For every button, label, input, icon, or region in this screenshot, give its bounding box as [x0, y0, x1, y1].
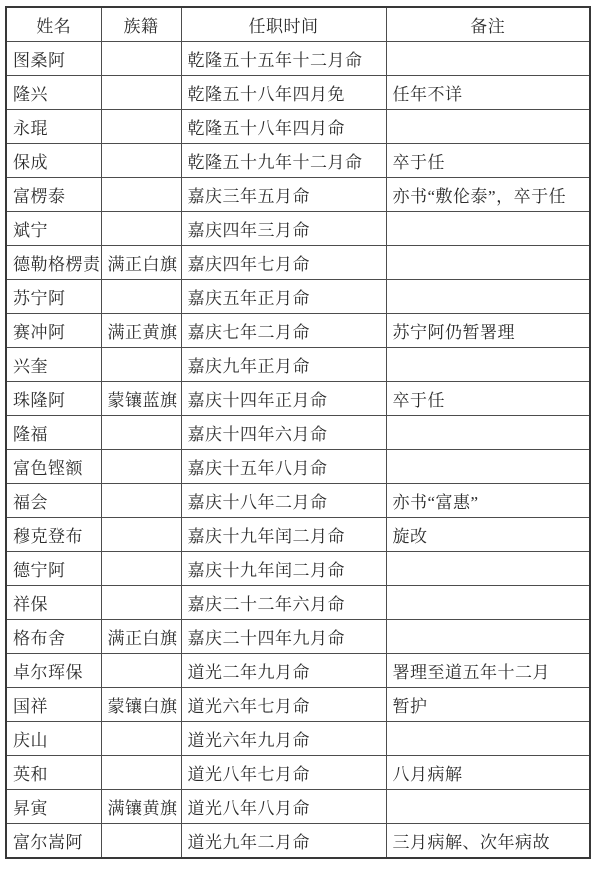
table-cell: 嘉庆十四年正月命: [181, 382, 386, 416]
table-cell: 嘉庆九年正月命: [181, 348, 386, 382]
table-cell: [386, 450, 590, 484]
table-cell: 亦书“敷伦泰”，卒于任: [386, 178, 590, 212]
table-cell: 乾隆五十八年四月免: [181, 76, 386, 110]
table-cell: 嘉庆二十二年六月命: [181, 586, 386, 620]
table-cell: 嘉庆十四年六月命: [181, 416, 386, 450]
table-cell: 嘉庆三年五月命: [181, 178, 386, 212]
table-cell: 任年不详: [386, 76, 590, 110]
table-cell: [101, 450, 181, 484]
table-cell: 昇寅: [6, 790, 101, 824]
header-remarks: 备注: [386, 7, 590, 42]
table-cell: 嘉庆十九年闰二月命: [181, 518, 386, 552]
table-cell: 卓尔珲保: [6, 654, 101, 688]
table-cell: 国祥: [6, 688, 101, 722]
table-cell: [101, 722, 181, 756]
header-row: 姓名 族籍 任职时间 备注: [6, 7, 590, 42]
table-row: 隆兴乾隆五十八年四月免任年不详: [6, 76, 590, 110]
table-row: 庆山道光六年九月命: [6, 722, 590, 756]
document-page: 姓名 族籍 任职时间 备注 图桑阿乾隆五十五年十二月命隆兴乾隆五十八年四月免任年…: [0, 0, 595, 871]
table-cell: [386, 212, 590, 246]
table-row: 图桑阿乾隆五十五年十二月命: [6, 42, 590, 76]
table-cell: [386, 790, 590, 824]
header-ethnic-banner: 族籍: [101, 7, 181, 42]
table-row: 富尔嵩阿道光九年二月命三月病解、次年病故: [6, 824, 590, 859]
table-cell: 道光六年九月命: [181, 722, 386, 756]
table-row: 格布舍满正白旗嘉庆二十四年九月命: [6, 620, 590, 654]
table-cell: 嘉庆十九年闰二月命: [181, 552, 386, 586]
table-cell: [101, 144, 181, 178]
header-name: 姓名: [6, 7, 101, 42]
table-cell: 隆兴: [6, 76, 101, 110]
table-cell: 道光二年九月命: [181, 654, 386, 688]
table-cell: [386, 586, 590, 620]
table-cell: 道光六年七月命: [181, 688, 386, 722]
table-cell: [101, 586, 181, 620]
table-cell: 永琨: [6, 110, 101, 144]
appointment-record-table: 姓名 族籍 任职时间 备注 图桑阿乾隆五十五年十二月命隆兴乾隆五十八年四月免任年…: [5, 6, 591, 859]
table-cell: [386, 620, 590, 654]
table-cell: 旋改: [386, 518, 590, 552]
table-row: 保成乾隆五十九年十二月命卒于任: [6, 144, 590, 178]
table-cell: 乾隆五十八年四月命: [181, 110, 386, 144]
table-cell: 英和: [6, 756, 101, 790]
table-row: 苏宁阿嘉庆五年正月命: [6, 280, 590, 314]
table-cell: [101, 178, 181, 212]
table-cell: 乾隆五十九年十二月命: [181, 144, 386, 178]
table-cell: 穆克登布: [6, 518, 101, 552]
table-cell: 赛冲阿: [6, 314, 101, 348]
table-cell: 满正白旗: [101, 246, 181, 280]
table-row: 国祥蒙镶白旗道光六年七月命暂护: [6, 688, 590, 722]
table-cell: 庆山: [6, 722, 101, 756]
table-cell: 卒于任: [386, 144, 590, 178]
table-cell: 隆福: [6, 416, 101, 450]
table-cell: [386, 416, 590, 450]
table-cell: [386, 348, 590, 382]
table-body: 图桑阿乾隆五十五年十二月命隆兴乾隆五十八年四月免任年不详永琨乾隆五十八年四月命保…: [6, 42, 590, 859]
table-cell: 嘉庆四年三月命: [181, 212, 386, 246]
table-cell: 格布舍: [6, 620, 101, 654]
table-cell: 珠隆阿: [6, 382, 101, 416]
table-cell: [101, 552, 181, 586]
table-cell: 富色铿额: [6, 450, 101, 484]
table-cell: 富尔嵩阿: [6, 824, 101, 859]
table-row: 斌宁嘉庆四年三月命: [6, 212, 590, 246]
table-cell: [386, 246, 590, 280]
table-row: 祥保嘉庆二十二年六月命: [6, 586, 590, 620]
table-row: 德勒格楞责满正白旗嘉庆四年七月命: [6, 246, 590, 280]
table-cell: 乾隆五十五年十二月命: [181, 42, 386, 76]
table-cell: 保成: [6, 144, 101, 178]
table-row: 英和道光八年七月命八月病解: [6, 756, 590, 790]
table-cell: 兴奎: [6, 348, 101, 382]
table-cell: [101, 110, 181, 144]
table-cell: 道光八年七月命: [181, 756, 386, 790]
table-cell: 嘉庆十五年八月命: [181, 450, 386, 484]
table-row: 富楞泰嘉庆三年五月命亦书“敷伦泰”，卒于任: [6, 178, 590, 212]
table-header: 姓名 族籍 任职时间 备注: [6, 7, 590, 42]
table-cell: 道光八年八月命: [181, 790, 386, 824]
table-cell: [386, 280, 590, 314]
table-row: 珠隆阿蒙镶蓝旗嘉庆十四年正月命卒于任: [6, 382, 590, 416]
table-cell: 八月病解: [386, 756, 590, 790]
table-cell: 嘉庆五年正月命: [181, 280, 386, 314]
table-cell: 蒙镶蓝旗: [101, 382, 181, 416]
table-cell: 满镶黄旗: [101, 790, 181, 824]
table-cell: [101, 416, 181, 450]
table-row: 穆克登布嘉庆十九年闰二月命旋改: [6, 518, 590, 552]
table-cell: [101, 484, 181, 518]
table-cell: 苏宁阿: [6, 280, 101, 314]
table-cell: 满正白旗: [101, 620, 181, 654]
table-row: 福会嘉庆十八年二月命亦书“富惠”: [6, 484, 590, 518]
table-cell: 富楞泰: [6, 178, 101, 212]
table-row: 兴奎嘉庆九年正月命: [6, 348, 590, 382]
table-cell: 福会: [6, 484, 101, 518]
table-cell: [101, 518, 181, 552]
table-cell: [101, 654, 181, 688]
table-row: 卓尔珲保道光二年九月命署理至道五年十二月: [6, 654, 590, 688]
table-cell: [101, 42, 181, 76]
table-cell: 三月病解、次年病故: [386, 824, 590, 859]
table-cell: 署理至道五年十二月: [386, 654, 590, 688]
table-row: 隆福嘉庆十四年六月命: [6, 416, 590, 450]
table-cell: [101, 280, 181, 314]
table-row: 永琨乾隆五十八年四月命: [6, 110, 590, 144]
table-cell: 德宁阿: [6, 552, 101, 586]
table-row: 昇寅满镶黄旗道光八年八月命: [6, 790, 590, 824]
table-row: 德宁阿嘉庆十九年闰二月命: [6, 552, 590, 586]
table-cell: 嘉庆四年七月命: [181, 246, 386, 280]
table-cell: 祥保: [6, 586, 101, 620]
table-cell: [386, 42, 590, 76]
table-cell: 斌宁: [6, 212, 101, 246]
table-cell: [386, 110, 590, 144]
table-cell: [386, 722, 590, 756]
table-cell: [101, 348, 181, 382]
table-row: 富色铿额嘉庆十五年八月命: [6, 450, 590, 484]
table-cell: 卒于任: [386, 382, 590, 416]
table-cell: 暂护: [386, 688, 590, 722]
table-cell: 嘉庆七年二月命: [181, 314, 386, 348]
table-cell: 亦书“富惠”: [386, 484, 590, 518]
table-cell: 苏宁阿仍暂署理: [386, 314, 590, 348]
table-cell: [386, 552, 590, 586]
table-cell: 嘉庆二十四年九月命: [181, 620, 386, 654]
table-row: 赛冲阿满正黄旗嘉庆七年二月命苏宁阿仍暂署理: [6, 314, 590, 348]
table-cell: 嘉庆十八年二月命: [181, 484, 386, 518]
table-cell: [101, 756, 181, 790]
table-cell: 道光九年二月命: [181, 824, 386, 859]
table-cell: [101, 824, 181, 859]
table-cell: 满正黄旗: [101, 314, 181, 348]
table-cell: 图桑阿: [6, 42, 101, 76]
table-cell: 德勒格楞责: [6, 246, 101, 280]
table-cell: [101, 212, 181, 246]
table-cell: [101, 76, 181, 110]
header-appointment-time: 任职时间: [181, 7, 386, 42]
table-cell: 蒙镶白旗: [101, 688, 181, 722]
